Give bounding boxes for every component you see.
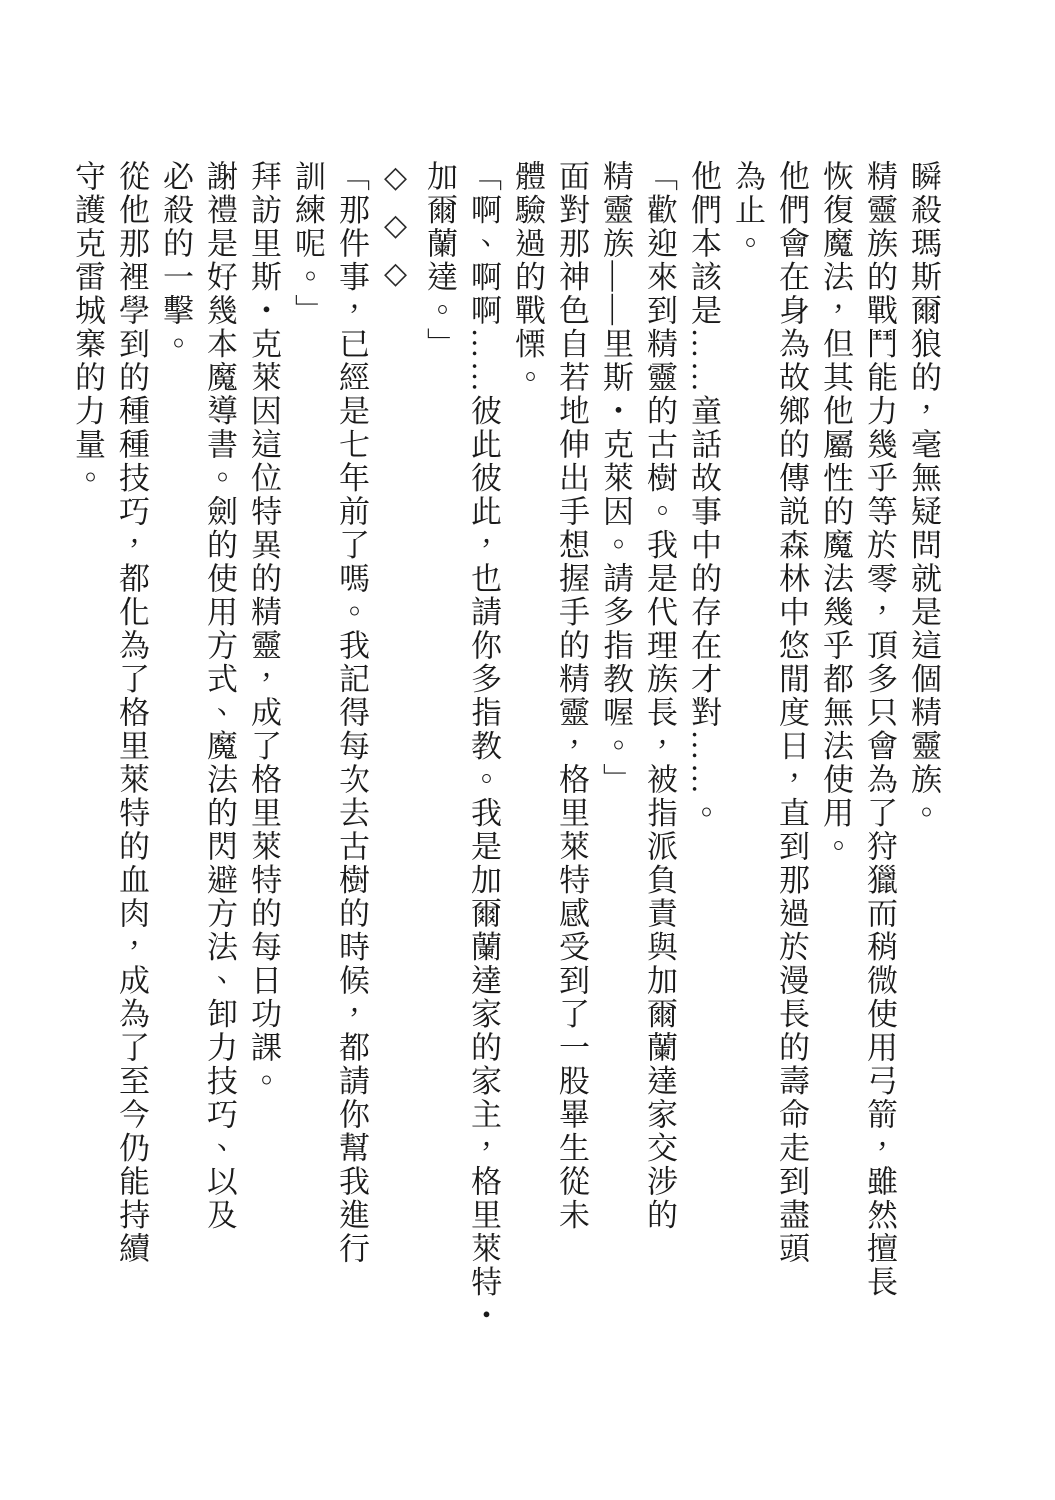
- text-column: 「那件事，已經是七年前了嗎。我記得每次去古樹的時候，都請你幫我進行: [329, 160, 373, 1285]
- text-column: 從他那裡學到的種種技巧，都化為了格里萊特的血肉，成為了至今仍能持續: [109, 160, 153, 1285]
- text-column: 精靈族的戰鬥能力幾乎等於零，頂多只會為了狩獵而稍微使用弓箭，雖然擅長: [857, 160, 901, 1285]
- vertical-text-block: 瞬殺瑪斯爾狼的，毫無疑問就是這個精靈族。精靈族的戰鬥能力幾乎等於零，頂多只會為了…: [65, 160, 945, 1285]
- text-column: 面對那神色自若地伸出手想握手的精靈，格里萊特感受到了一股畢生從未: [549, 160, 593, 1285]
- text-column: 必殺的一擊。: [153, 160, 197, 1285]
- text-column: 訓練呢。」: [285, 160, 329, 1285]
- text-column: 守護克雷城寨的力量。: [65, 160, 109, 1285]
- text-column: 拜訪里斯・克萊因這位特異的精靈，成了格里萊特的每日功課。: [241, 160, 285, 1285]
- text-column: 謝禮是好幾本魔導書。劍的使用方式、魔法的閃避方法、卸力技巧、以及: [197, 160, 241, 1285]
- text-column: 「歡迎來到精靈的古樹。我是代理族長，被指派負責與加爾蘭達家交涉的: [637, 160, 681, 1285]
- text-column: 他們本該是……童話故事中的存在才對……。: [681, 160, 725, 1285]
- scene-break-separator: ◇◇◇: [373, 160, 417, 1285]
- text-column: 加爾蘭達。」: [417, 160, 461, 1285]
- novel-page: 瞬殺瑪斯爾狼的，毫無疑問就是這個精靈族。精靈族的戰鬥能力幾乎等於零，頂多只會為了…: [0, 0, 1055, 1500]
- text-column: 體驗過的戰慄。: [505, 160, 549, 1285]
- text-column: 精靈族——里斯・克萊因。請多指教喔。」: [593, 160, 637, 1285]
- text-column: 恢復魔法，但其他屬性的魔法幾乎都無法使用。: [813, 160, 857, 1285]
- text-column: 瞬殺瑪斯爾狼的，毫無疑問就是這個精靈族。: [901, 160, 945, 1285]
- text-column: 他們會在身為故鄉的傳説森林中悠閒度日，直到那過於漫長的壽命走到盡頭: [769, 160, 813, 1285]
- text-column: 為止。: [725, 160, 769, 1285]
- text-column: 「啊、啊啊……彼此彼此，也請你多指教。我是加爾蘭達家的家主，格里萊特・: [461, 160, 505, 1285]
